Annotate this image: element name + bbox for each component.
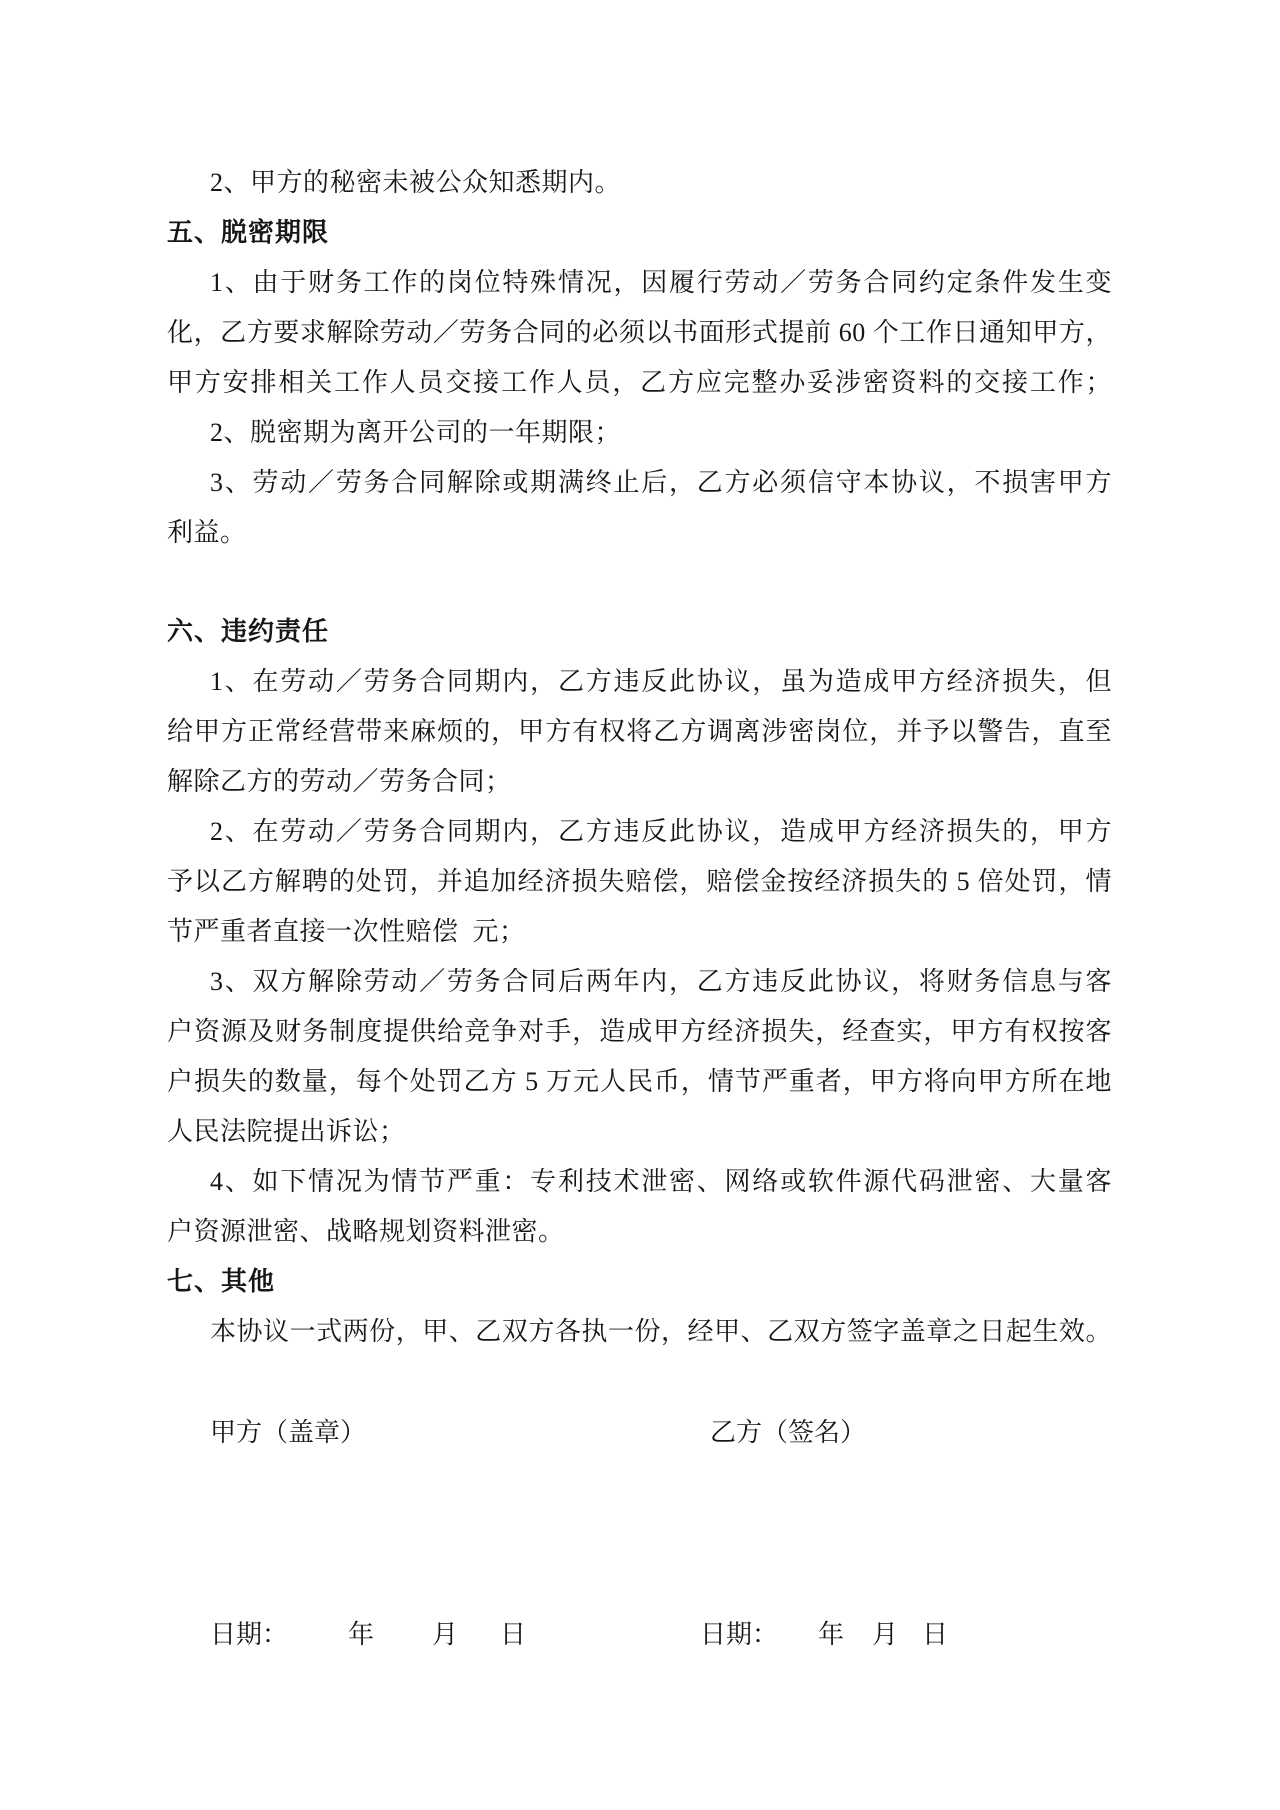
blank-gap bbox=[167, 558, 1112, 607]
date-year-label: 年 bbox=[348, 1620, 374, 1649]
document-page: 2、甲方的秘密未被公众知悉期内。 五、脱密期限 1、由于财务工作的岗位特殊情况，… bbox=[0, 0, 1280, 1810]
doc-line: 节严重者直接一次性赔偿 元； bbox=[167, 907, 1112, 957]
doc-line: 给甲方正常经营带来麻烦的，甲方有权将乙方调离涉密岗位，并予以警告，直至 bbox=[167, 707, 1112, 757]
doc-line: 2、甲方的秘密未被公众知悉期内。 bbox=[167, 158, 1112, 208]
date-month-label: 月 bbox=[432, 1620, 458, 1649]
date-day-label: 日 bbox=[922, 1620, 948, 1649]
section-heading-7: 七、其他 bbox=[167, 1257, 1112, 1307]
date-day-label: 日 bbox=[500, 1620, 526, 1649]
doc-line: 1、在劳动／劳务合同期内，乙方违反此协议，虽为造成甲方经济损失，但 bbox=[167, 657, 1112, 707]
party-b-date-line: 日期：年月日 bbox=[700, 1610, 948, 1660]
date-year-label: 年 bbox=[818, 1620, 844, 1649]
date-row: 日期：年月日 日期：年月日 bbox=[167, 1610, 1112, 1660]
section-heading-5: 五、脱密期限 bbox=[167, 208, 1112, 258]
date-label: 日期： bbox=[210, 1620, 288, 1649]
section-heading-6: 六、违约责任 bbox=[167, 607, 1112, 657]
doc-line: 2、在劳动／劳务合同期内，乙方违反此协议，造成甲方经济损失的，甲方 bbox=[167, 807, 1112, 857]
doc-line: 甲方安排相关工作人员交接工作人员，乙方应完整办妥涉密资料的交接工作； bbox=[167, 358, 1112, 408]
date-month-label: 月 bbox=[872, 1620, 898, 1649]
section-decryption-period: 2、甲方的秘密未被公众知悉期内。 五、脱密期限 1、由于财务工作的岗位特殊情况，… bbox=[167, 0, 1112, 558]
doc-line: 2、脱密期为离开公司的一年期限； bbox=[167, 408, 1112, 458]
doc-line: 3、双方解除劳动／劳务合同后两年内，乙方违反此协议，将财务信息与客 bbox=[167, 957, 1112, 1007]
doc-line: 予以乙方解聘的处罚，并追加经济损失赔偿，赔偿金按经济损失的 5 倍处罚，情 bbox=[167, 857, 1112, 907]
doc-line: 3、劳动／劳务合同解除或期满终止后，乙方必须信守本协议，不损害甲方 bbox=[167, 458, 1112, 508]
date-label: 日期： bbox=[700, 1620, 778, 1649]
doc-line: 4、如下情况为情节严重：专利技术泄密、网络或软件源代码泄密、大量客 bbox=[167, 1157, 1112, 1207]
doc-line: 化，乙方要求解除劳动／劳务合同的必须以书面形式提前 60 个工作日通知甲方， bbox=[167, 308, 1112, 358]
doc-line: 利益。 bbox=[167, 508, 1112, 558]
blank-gap bbox=[167, 1357, 1112, 1408]
document-content: 2、甲方的秘密未被公众知悉期内。 五、脱密期限 1、由于财务工作的岗位特殊情况，… bbox=[167, 0, 1112, 1660]
section-breach-liability: 六、违约责任 1、在劳动／劳务合同期内，乙方违反此协议，虽为造成甲方经济损失，但… bbox=[167, 607, 1112, 1357]
doc-line: 户资源及财务制度提供给竞争对手，造成甲方经济损失，经查实，甲方有权按客 bbox=[167, 1007, 1112, 1057]
doc-line: 户损失的数量，每个处罚乙方 5 万元人民币，情节严重者，甲方将向甲方所在地 bbox=[167, 1057, 1112, 1107]
party-b-signature-label: 乙方（签名） bbox=[710, 1408, 866, 1458]
doc-line: 解除乙方的劳动／劳务合同； bbox=[167, 757, 1112, 807]
doc-line: 本协议一式两份，甲、乙双方各执一份，经甲、乙双方签字盖章之日起生效。 bbox=[167, 1307, 1112, 1357]
party-a-signature-label: 甲方（盖章） bbox=[210, 1408, 366, 1458]
doc-line: 户资源泄密、战略规划资料泄密。 bbox=[167, 1207, 1112, 1257]
signature-row: 甲方（盖章） 乙方（签名） bbox=[167, 1408, 1112, 1458]
doc-line: 1、由于财务工作的岗位特殊情况，因履行劳动／劳务合同约定条件发生变 bbox=[167, 258, 1112, 308]
doc-line: 人民法院提出诉讼； bbox=[167, 1107, 1112, 1157]
blank-gap bbox=[167, 1458, 1112, 1610]
party-a-date-line: 日期：年月日 bbox=[210, 1610, 526, 1660]
